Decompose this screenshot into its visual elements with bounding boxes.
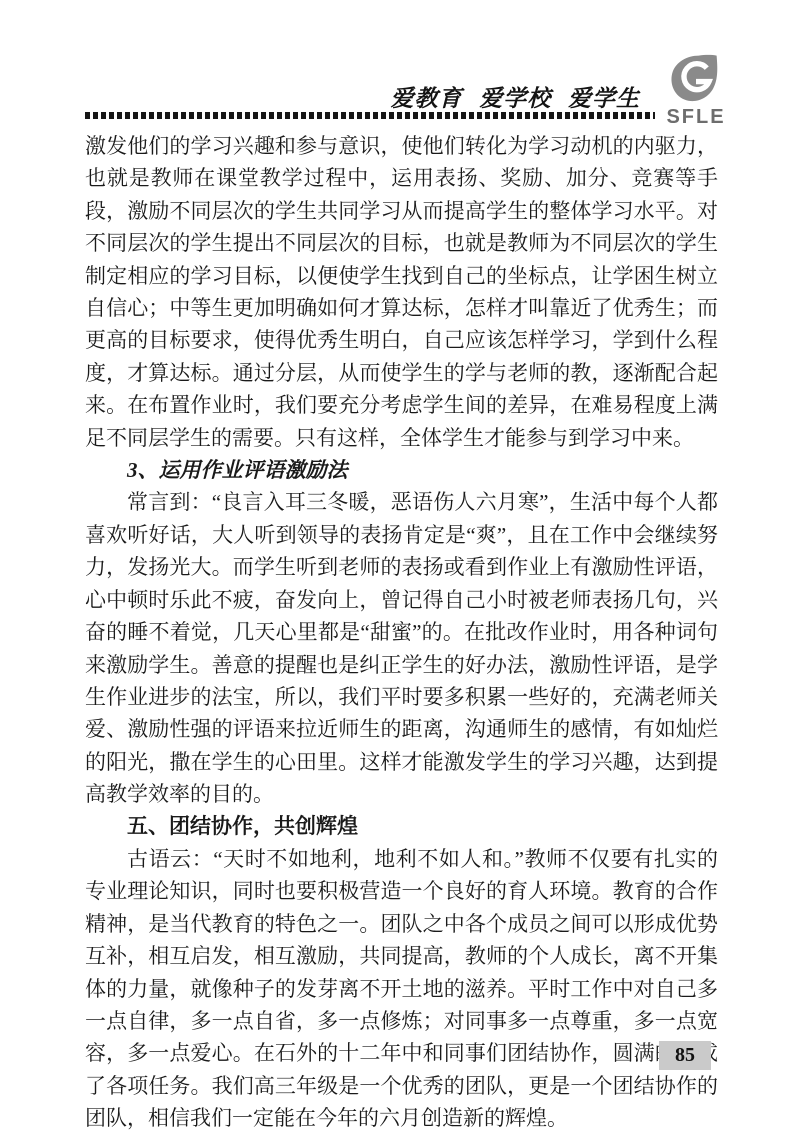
- paragraph-motivation-comments: 常言到：“良言入耳三冬暖，恶语伤人六月寒”，生活中每个人都喜欢听好话，大人听到领…: [85, 486, 718, 810]
- paragraph-continued: 激发他们的学习兴趣和参与意识，使他们转化为学习动机的内驱力，也就是教师在课堂教学…: [85, 130, 718, 454]
- page-body: 激发他们的学习兴趣和参与意识，使他们转化为学习动机的内驱力，也就是教师在课堂教学…: [85, 130, 718, 1134]
- document-page: 爱教育 爱学校 爱学生 SFLE 激发他们的学习兴趣和参与意识，使他们转化为学习…: [0, 0, 803, 1134]
- logo-text: SFLE: [650, 106, 742, 128]
- section-heading-teamwork: 五、团结协作，共创辉煌: [85, 811, 718, 843]
- subheading-motivation-comments: 3、运用作业评语激励法: [85, 454, 718, 486]
- header-dotted-rule: [85, 112, 655, 119]
- sfle-logo: SFLE: [650, 52, 742, 128]
- page-header: 爱教育 爱学校 爱学生 SFLE: [0, 0, 803, 130]
- page-number: 85: [659, 1041, 711, 1070]
- header-slogan: 爱教育 爱学校 爱学生: [85, 80, 640, 113]
- paragraph-teamwork: 古语云：“天时不如地利，地利不如人和。”教师不仅要有扎实的专业理论知识，同时也要…: [85, 843, 718, 1134]
